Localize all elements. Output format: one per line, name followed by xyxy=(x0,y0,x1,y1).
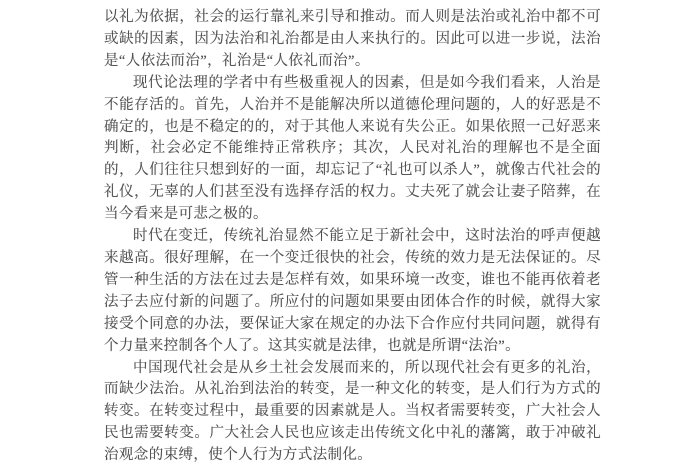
paragraph-4: 中国现代社会是从乡土社会发展而来的，所以现代社会有更多的礼治，而缺少法治。从礼治… xyxy=(104,358,601,468)
text-block: 以礼为依据，社会的运行靠礼来引导和推动。而人则是法治或礼治中都不可或缺的因素，因… xyxy=(104,7,601,467)
document-page: 以礼为依据，社会的运行靠礼来引导和推动。而人则是法治或礼治中都不可或缺的因素，因… xyxy=(0,0,700,470)
paragraph-1: 以礼为依据，社会的运行靠礼来引导和推动。而人则是法治或礼治中都不可或缺的因素，因… xyxy=(104,7,601,73)
paragraph-2: 现代论法理的学者中有些极重视人的因素，但是如今我们看来，人治是不能存活的。首先，… xyxy=(104,73,601,226)
paragraph-3: 时代在变迁，传统礼治显然不能立足于新社会中，这时法治的呼声便越来越高。很好理解，… xyxy=(104,226,601,357)
